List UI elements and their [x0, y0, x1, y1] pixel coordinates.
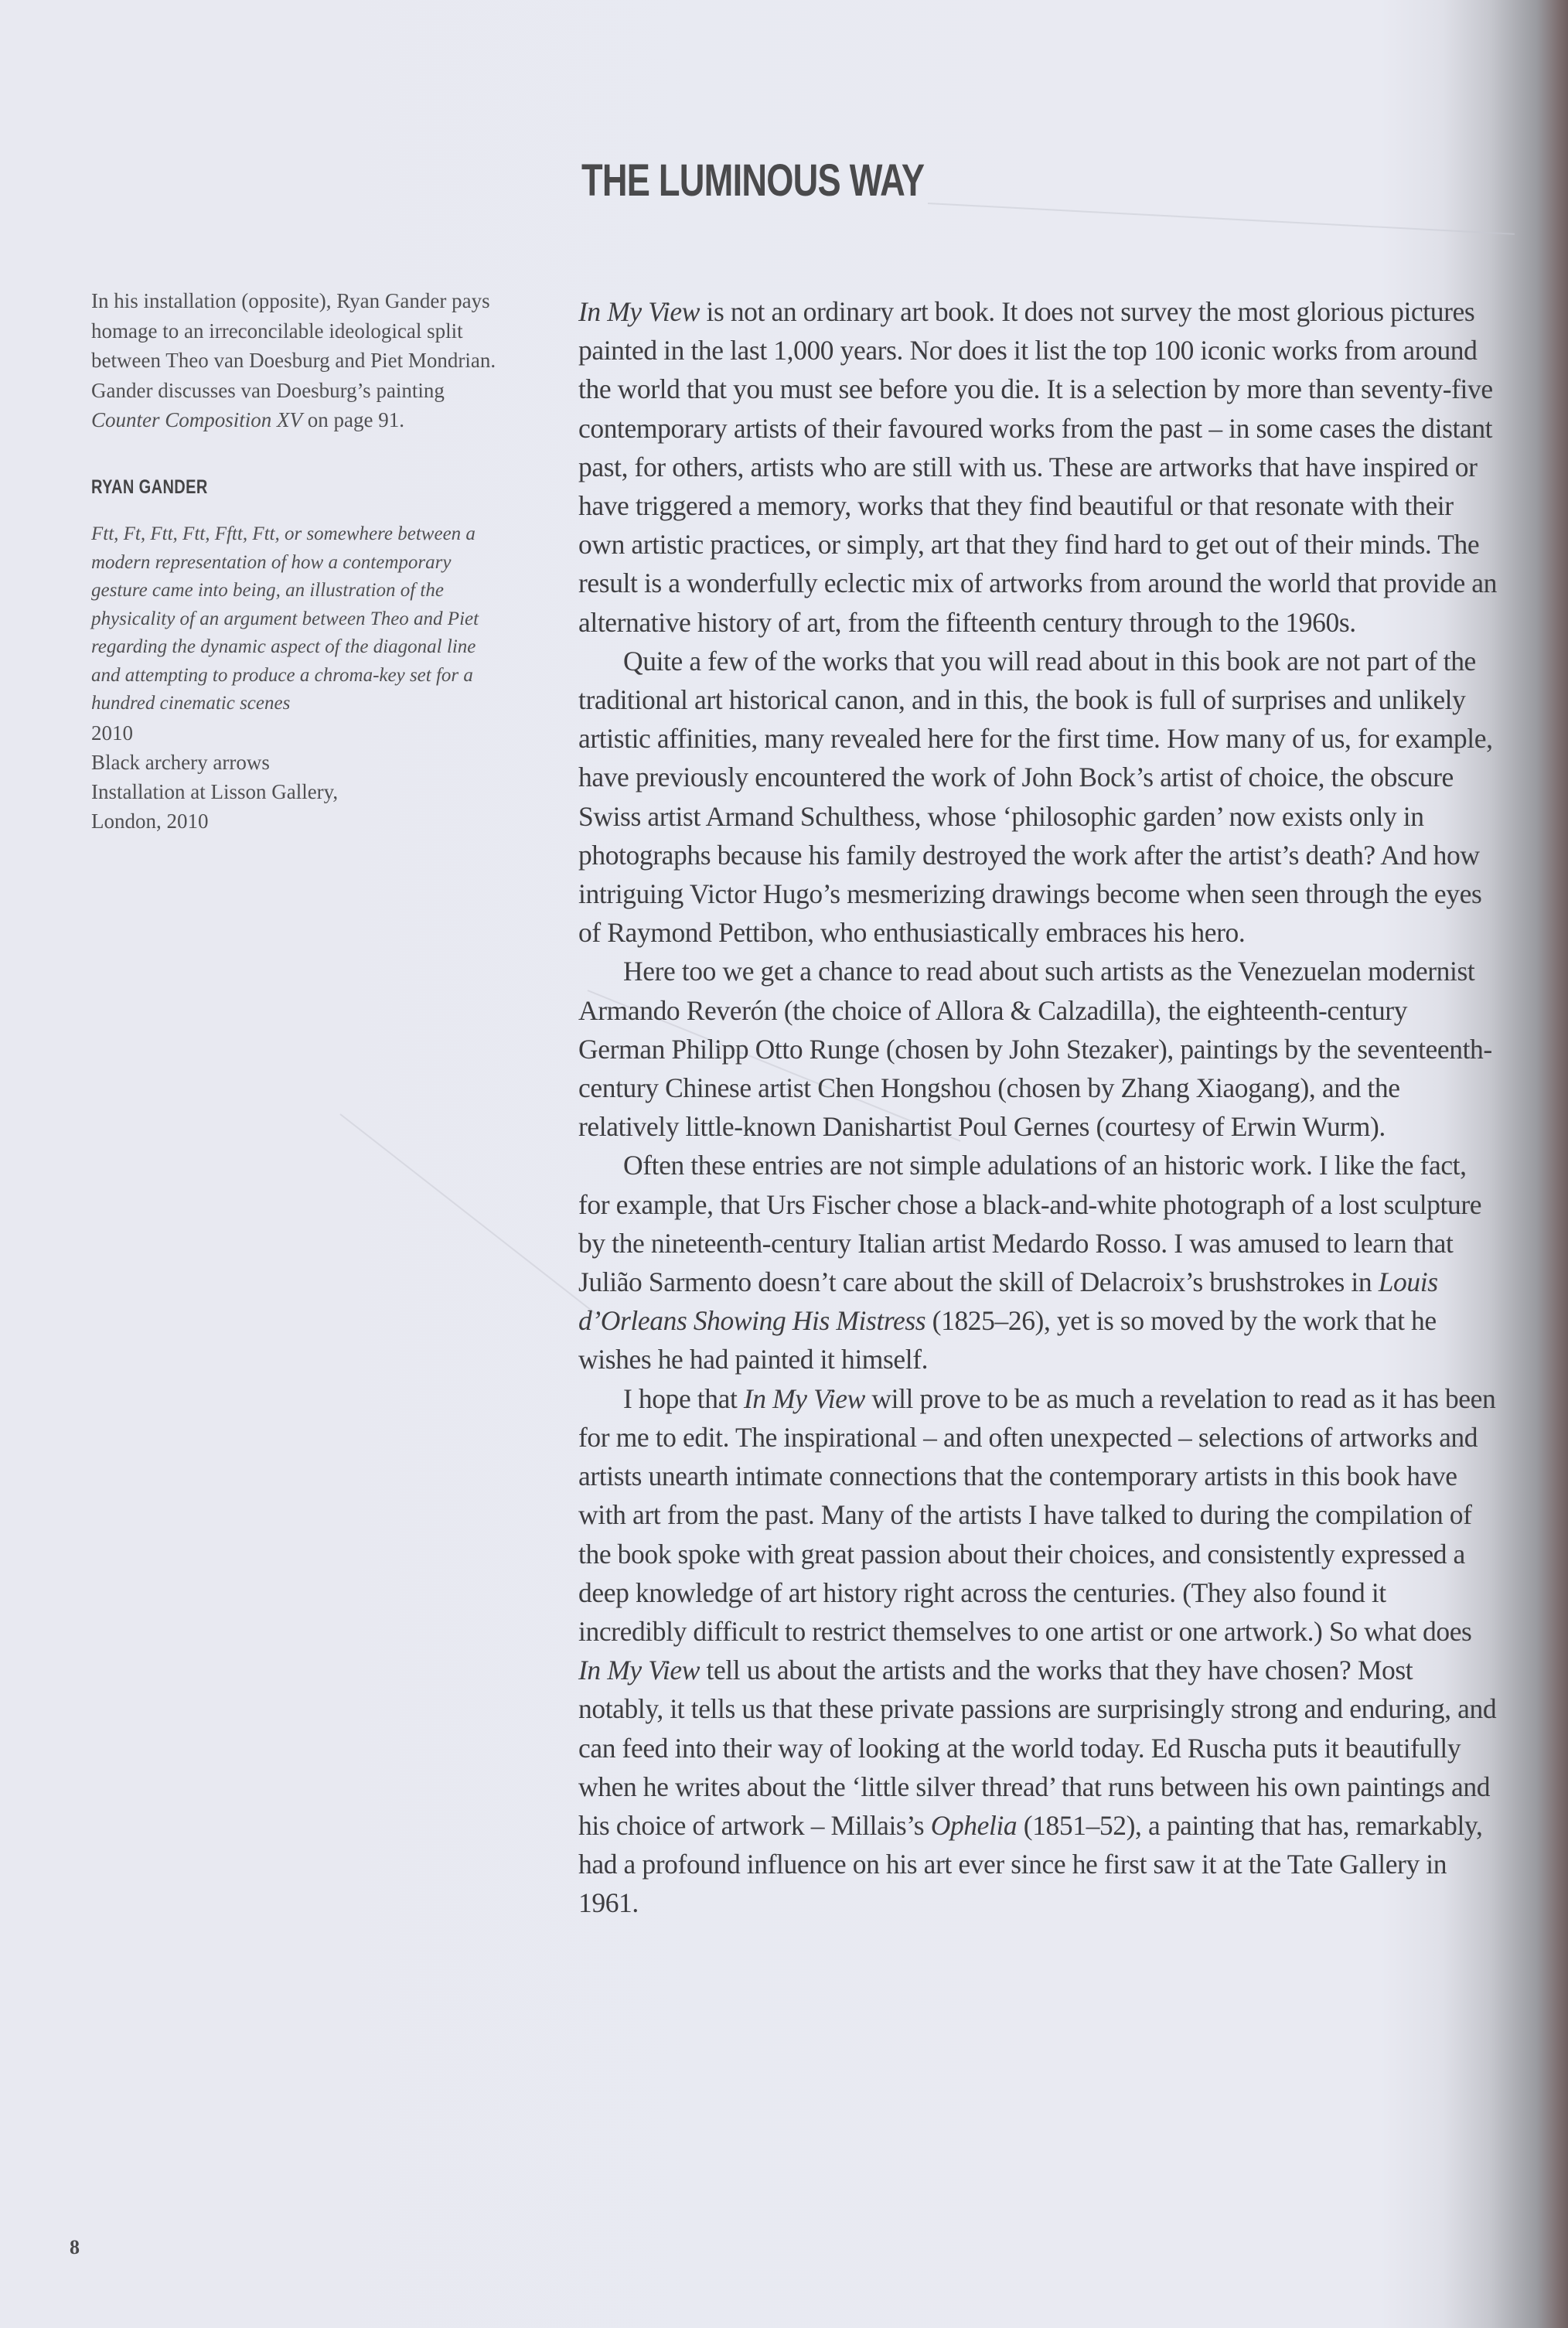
- book-page: THE LUMINOUS WAY In his installation (op…: [0, 0, 1568, 2328]
- page-title: THE LUMINOUS WAY: [581, 155, 924, 206]
- painting-title-italic: Ophelia: [931, 1810, 1017, 1841]
- artwork-medium: Black archery arrows: [91, 748, 509, 777]
- paragraph-text: I hope that: [623, 1383, 744, 1414]
- sidebar-caption: In his installation (opposite), Ryan Gan…: [91, 286, 509, 836]
- paragraph-text: is not an ordinary art book. It does not…: [578, 296, 1497, 638]
- intro-painting-title: Counter Composition XV: [91, 408, 302, 431]
- paragraph-text: will prove to be as much a revelation to…: [578, 1383, 1495, 1647]
- intro-text-end: on page 91.: [302, 408, 404, 431]
- book-title-italic: In My View: [578, 1655, 700, 1685]
- paragraph-1: In My View is not an ordinary art book. …: [578, 292, 1498, 642]
- paragraph-4: Often these entries are not simple adula…: [578, 1146, 1498, 1379]
- sidebar-intro: In his installation (opposite), Ryan Gan…: [91, 286, 509, 435]
- book-title-italic: In My View: [744, 1383, 865, 1414]
- paragraph-5: I hope that In My View will prove to be …: [578, 1379, 1498, 1923]
- intro-text: In his installation (opposite), Ryan Gan…: [91, 289, 496, 402]
- artwork-location-city: London, 2010: [91, 806, 509, 836]
- body-text: In My View is not an ordinary art book. …: [578, 292, 1498, 1923]
- page-number: 8: [70, 2236, 80, 2259]
- artwork-title: Ftt, Ft, Ftt, Ftt, Fftt, Ftt, or somewhe…: [91, 520, 509, 718]
- paragraph-text: Often these entries are not simple adula…: [578, 1150, 1481, 1297]
- paper-crease: [339, 1113, 596, 1314]
- paragraph-2: Quite a few of the works that you will r…: [578, 642, 1498, 953]
- artwork-location: Installation at Lisson Gallery,: [91, 777, 509, 806]
- book-title-italic: In My View: [578, 296, 700, 327]
- artwork-year: 2010: [91, 718, 509, 748]
- artist-name: RYAN GANDER: [91, 472, 425, 503]
- paper-crease: [928, 203, 1515, 235]
- paragraph-3: Here too we get a chance to read about s…: [578, 952, 1498, 1146]
